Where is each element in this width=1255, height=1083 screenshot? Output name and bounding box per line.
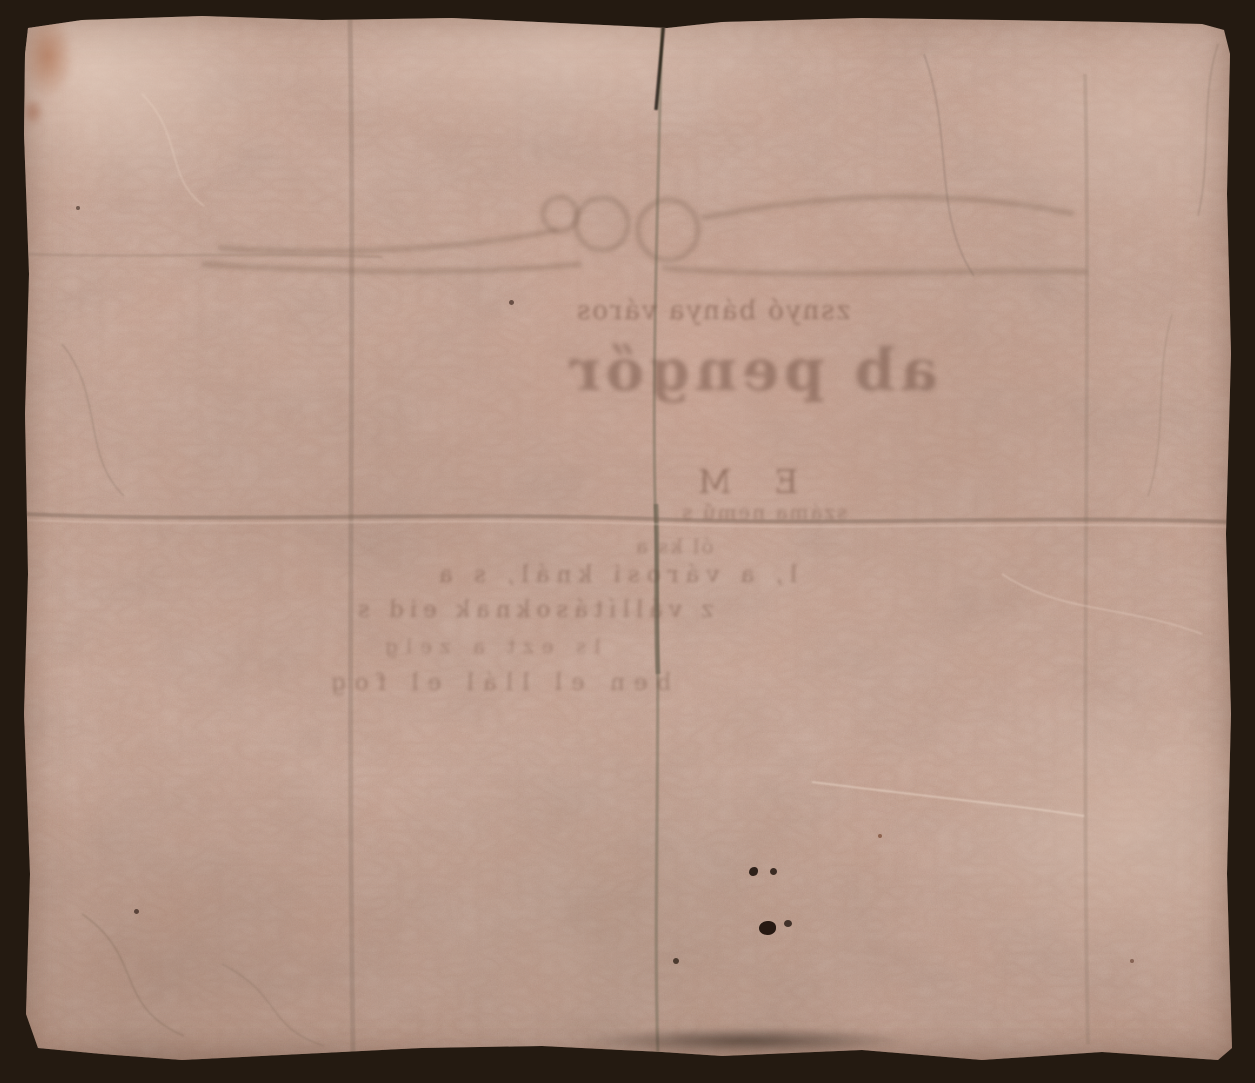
banknote-paper: zsnyó bánya város ab pengőr E M száma ne… (22, 14, 1234, 1064)
paper-edge-shading (22, 14, 1234, 1064)
scan-background: zsnyó bánya város ab pengőr E M száma ne… (0, 0, 1255, 1083)
